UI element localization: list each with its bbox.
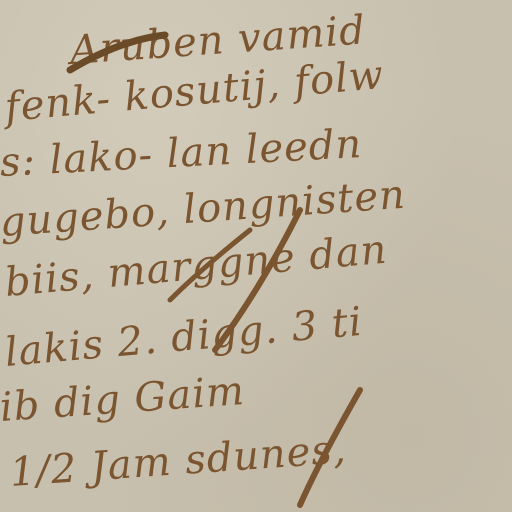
ink-flourishes [0,0,512,512]
manuscript-photo: Aruben vamid fenk- kosutij, folw s: lako… [0,0,512,512]
